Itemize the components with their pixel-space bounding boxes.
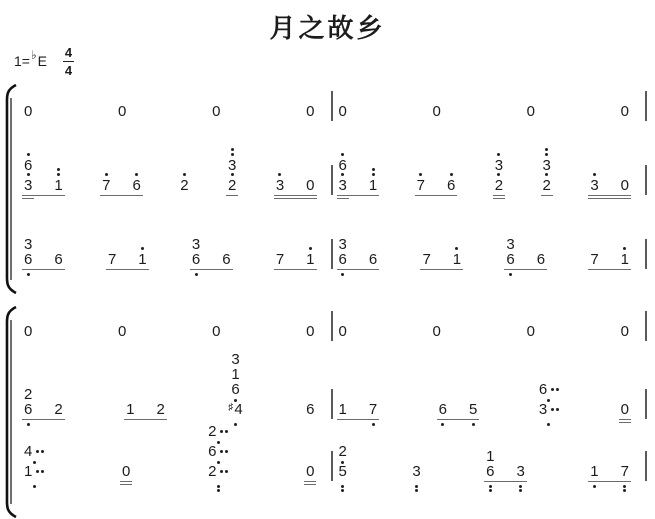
octave-dot — [489, 489, 492, 492]
note-digit: 5 — [469, 402, 477, 417]
digit-row: 0 — [306, 464, 314, 479]
note-digit: 2 — [180, 178, 188, 193]
octave-dots-above — [278, 173, 281, 176]
staff-line: 36671366713667136671 — [18, 220, 647, 282]
digit-row: 6 — [539, 382, 559, 397]
measure: 25316317 — [333, 444, 646, 494]
octave-dot — [41, 450, 44, 453]
octave-dots-above — [450, 173, 453, 176]
measure: 4102620 — [18, 424, 331, 494]
staff-line: 00000000 — [18, 88, 647, 134]
rest: 0 — [118, 324, 126, 354]
underline — [493, 198, 505, 200]
measure: 3667136671 — [333, 237, 646, 282]
digit-row: 1 — [126, 402, 134, 417]
beam-group: 366 — [192, 237, 231, 282]
octave-dots-above — [231, 148, 234, 156]
beam-group: 366 — [506, 237, 545, 282]
staff-line: 00000000 — [18, 308, 647, 354]
chord: 36 — [192, 237, 200, 282]
song-title: 月之故乡 — [0, 16, 655, 42]
octave-dot — [225, 430, 228, 433]
note-digit: 6 — [369, 252, 377, 267]
beam-group: 631 — [339, 153, 378, 208]
duration-dots — [551, 388, 559, 391]
digit-row: 3 — [192, 237, 200, 252]
note-digit: 3 — [412, 464, 420, 479]
digit-row: 6 — [208, 444, 228, 459]
underline — [22, 269, 65, 271]
digit-row: 6 — [132, 178, 140, 193]
note-digit: 3 — [495, 158, 503, 173]
rest-digit: 0 — [621, 324, 629, 339]
note-digit: 1 — [231, 367, 239, 382]
barline — [645, 165, 647, 195]
digit-row: 1 — [590, 464, 598, 479]
digit-row: 0 — [621, 324, 629, 339]
barline — [645, 389, 647, 419]
octave-dot — [509, 273, 512, 276]
digit-row: 0 — [24, 104, 32, 119]
note-digit: 3 — [24, 178, 32, 193]
underline — [504, 269, 547, 271]
digit-row: 3 — [339, 237, 347, 252]
digit-row: 3 — [543, 158, 551, 173]
octave-dot — [41, 470, 44, 473]
rest: 0 — [24, 104, 32, 134]
digit-row: 0 — [24, 324, 32, 339]
octave-dots-above — [309, 247, 312, 250]
octave-dots-below — [433, 119, 441, 134]
note: 6 — [447, 173, 455, 208]
digit-row: 1 — [339, 402, 347, 417]
underline — [304, 484, 316, 486]
octave-dots-below — [527, 119, 535, 134]
note-digit: 4 — [234, 402, 242, 417]
digit-row: 7 — [276, 252, 284, 267]
note-digit: 6 — [339, 252, 347, 267]
beam-group: 71 — [276, 247, 315, 282]
note-digit: 1 — [453, 252, 461, 267]
digit-row: 3 — [24, 237, 32, 252]
measure: 26212316♯46 — [18, 352, 331, 432]
note-digit: 1 — [126, 402, 134, 417]
digit-row: 0 — [621, 178, 629, 193]
octave-dot — [455, 247, 458, 250]
octave-dot — [36, 450, 39, 453]
rest-digit: 0 — [433, 104, 441, 119]
underline — [337, 269, 380, 271]
digit-row: 6 — [24, 402, 32, 417]
beam-group: 163 — [486, 449, 525, 494]
note: 7 — [621, 464, 629, 494]
sheet-music-page: 月之故乡 1=♭E 4 4 00000000631762323063176323… — [0, 0, 655, 519]
rest-digit: 0 — [118, 104, 126, 119]
note: 6 — [439, 402, 447, 432]
chord: 16 — [486, 449, 494, 494]
rest: 0 — [527, 324, 535, 354]
measure: 0000 — [333, 324, 646, 354]
digit-row: 0 — [306, 324, 314, 339]
digit-row: 0 — [527, 104, 535, 119]
digit-row: 2 — [228, 178, 236, 193]
underline — [541, 195, 553, 197]
rest-digit: 0 — [339, 104, 347, 119]
octave-dots-above — [183, 173, 186, 176]
octave-dot — [372, 168, 375, 171]
digit-row: 2 — [495, 178, 503, 193]
rest-digit: 0 — [339, 324, 347, 339]
digit-row: 3 — [412, 464, 420, 479]
digit-row: 0 — [433, 324, 441, 339]
underline — [619, 419, 631, 421]
rest: 0 — [306, 104, 314, 134]
octave-dot — [341, 173, 344, 176]
digit-row: 3 — [539, 402, 559, 417]
measure: 1765630 — [333, 382, 646, 432]
measure: 0000 — [333, 104, 646, 134]
octave-dots-below — [621, 119, 629, 134]
octave-dot — [231, 148, 234, 151]
octave-dots-above — [135, 173, 138, 176]
note: 6 — [369, 252, 377, 282]
note-digit: 3 — [228, 158, 236, 173]
note-digit: 2 — [228, 178, 236, 193]
underline — [588, 195, 631, 197]
note-digit: 6 — [447, 178, 455, 193]
octave-dots-above — [419, 173, 422, 176]
note: 1 — [138, 247, 146, 282]
rest-digit: 0 — [122, 464, 130, 479]
note-digit: 6 — [24, 402, 32, 417]
digit-row: 2 — [24, 387, 32, 402]
note-digit: 7 — [102, 178, 110, 193]
rest-digit: 0 — [621, 178, 629, 193]
digit-row: 1 — [306, 252, 314, 267]
note-digit: 6 — [306, 402, 314, 417]
octave-dot — [278, 173, 281, 176]
digit-row: 0 — [306, 178, 314, 193]
digit-row: 7 — [102, 178, 110, 193]
note-digit: 2 — [208, 424, 216, 439]
time-denominator: 4 — [65, 64, 72, 77]
note: 3 — [590, 173, 598, 208]
digit-row: 0 — [621, 104, 629, 119]
duration-dots — [220, 470, 228, 473]
beam-group: 71 — [108, 247, 147, 282]
octave-dot — [593, 173, 596, 176]
note: 7 — [417, 173, 425, 208]
note-digit: 1 — [24, 464, 32, 479]
octave-dots-above — [231, 173, 234, 176]
digit-row: 6 — [447, 178, 455, 193]
note-digit: 1 — [369, 178, 377, 193]
octave-dot — [220, 470, 223, 473]
note-digit: 6 — [339, 158, 347, 173]
note-digit: 7 — [621, 464, 629, 479]
rest: 0 — [212, 324, 220, 354]
note: 3 — [276, 173, 284, 208]
octave-dots-above — [497, 153, 500, 156]
underline — [22, 198, 34, 200]
note-digit: 1 — [306, 252, 314, 267]
octave-dots-below — [339, 119, 347, 134]
staff-line: 631762323063176323230 — [18, 136, 647, 208]
note-digit: 7 — [369, 402, 377, 417]
octave-dot — [497, 173, 500, 176]
octave-dot — [27, 153, 30, 156]
digit-row: 6 — [231, 382, 239, 397]
digit-row: 1 — [369, 178, 377, 193]
digit-row: 7 — [369, 402, 377, 417]
octave-dot — [623, 489, 626, 492]
octave-dot — [231, 173, 234, 176]
chord: 32 — [543, 148, 551, 208]
octave-dot — [545, 148, 548, 151]
key-prefix: 1= — [14, 54, 30, 68]
rest-digit: 0 — [118, 324, 126, 339]
digit-row: 5 — [469, 402, 477, 417]
octave-dot — [27, 273, 30, 276]
note: 1 — [54, 168, 62, 208]
note-digit: 1 — [590, 464, 598, 479]
duration-dots — [36, 450, 44, 453]
octave-dot — [341, 273, 344, 276]
note-digit: 1 — [138, 252, 146, 267]
rest: 0 — [306, 324, 314, 354]
note: 7 — [369, 402, 377, 432]
octave-dot — [519, 489, 522, 492]
beam-group: 366 — [24, 237, 63, 282]
rest: 0 — [339, 324, 347, 354]
note-digit: 6 — [24, 252, 32, 267]
underline — [484, 481, 527, 483]
chord: 36 — [339, 237, 347, 282]
note-digit: 6 — [439, 402, 447, 417]
underline — [190, 269, 233, 271]
fraction-bar — [63, 61, 74, 63]
digit-row: 4 — [24, 444, 44, 459]
octave-dots-above — [455, 247, 458, 250]
underline — [22, 419, 65, 421]
octave-dot — [341, 153, 344, 156]
octave-dot — [419, 173, 422, 176]
beam-group: 65 — [439, 402, 478, 432]
octave-dot — [231, 153, 234, 156]
rest-digit: 0 — [24, 104, 32, 119]
octave-dot — [195, 273, 198, 276]
note: 3 — [516, 464, 524, 494]
underline — [120, 484, 132, 486]
digit-row: 2 — [208, 424, 228, 439]
digit-row: 0 — [339, 104, 347, 119]
octave-dot — [545, 153, 548, 156]
note: 1 — [339, 402, 347, 432]
rest-digit: 0 — [212, 324, 220, 339]
note: 6 — [222, 252, 230, 282]
octave-dots-below — [24, 479, 44, 494]
octave-dot — [623, 485, 626, 488]
octave-dot — [415, 489, 418, 492]
octave-dots-above — [57, 168, 60, 176]
note-digit: 6 — [537, 252, 545, 267]
digit-row: 5 — [339, 464, 347, 479]
rest: 0 — [212, 104, 220, 134]
note-digit: 1 — [339, 402, 347, 417]
octave-dot — [36, 470, 39, 473]
octave-dot — [372, 173, 375, 176]
note-digit: 7 — [108, 252, 116, 267]
note-digit: 2 — [495, 178, 503, 193]
note-digit: 3 — [276, 178, 284, 193]
note-digit: 7 — [276, 252, 284, 267]
note-digit: 7 — [417, 178, 425, 193]
time-numerator: 4 — [65, 46, 72, 59]
digit-row: 3 — [231, 352, 239, 367]
octave-dots-below — [212, 119, 220, 134]
digit-row: 2 — [180, 178, 188, 193]
sharp-accidental-icon: ♯ — [228, 403, 233, 413]
note-digit: 6 — [208, 444, 216, 459]
octave-dots-below — [433, 339, 441, 354]
chord: 262 — [208, 424, 228, 494]
digit-row: 6 — [506, 252, 514, 267]
rest: 0 — [621, 178, 629, 208]
octave-dots-below — [621, 339, 629, 354]
beam-group: 76 — [102, 173, 141, 208]
note: 6 — [132, 173, 140, 208]
note-digit: 6 — [506, 252, 514, 267]
note-digit: 6 — [132, 178, 140, 193]
note-digit: 6 — [192, 252, 200, 267]
octave-dots-above — [372, 168, 375, 176]
digit-row: 3 — [506, 237, 514, 252]
octave-dot — [27, 173, 30, 176]
octave-dot — [472, 423, 475, 426]
note-digit: 2 — [208, 464, 216, 479]
digit-row: 7 — [417, 178, 425, 193]
rest-digit: 0 — [306, 104, 314, 119]
octave-dot — [547, 423, 550, 426]
digit-row: 0 — [306, 104, 314, 119]
octave-dots-above — [27, 173, 30, 176]
octave-dot — [519, 485, 522, 488]
octave-dots-below — [539, 417, 559, 432]
barline — [645, 311, 647, 341]
note: 6 — [54, 252, 62, 282]
digit-row: 6 — [24, 252, 32, 267]
octave-dots-below — [208, 479, 228, 494]
rest-digit: 0 — [621, 402, 629, 417]
octave-dots-above — [623, 247, 626, 250]
digit-row: 6 — [339, 158, 347, 173]
digit-row: 1 — [54, 178, 62, 193]
barline — [645, 91, 647, 121]
underline — [337, 195, 380, 197]
octave-dot — [497, 153, 500, 156]
underline — [304, 481, 316, 483]
note: 3 — [412, 464, 420, 494]
key-letter: E — [38, 54, 47, 68]
underline — [337, 198, 349, 200]
beam-group: 30 — [276, 173, 315, 208]
digit-row: 1 — [621, 252, 629, 267]
octave-dot — [220, 430, 223, 433]
underline — [274, 198, 317, 200]
digit-row: 1 — [138, 252, 146, 267]
octave-dot — [551, 388, 554, 391]
note-digit: 7 — [590, 252, 598, 267]
rest: 0 — [306, 464, 314, 494]
underline — [588, 269, 631, 271]
note: 1 — [306, 247, 314, 282]
digit-row: 3 — [24, 178, 32, 193]
note: 7 — [590, 252, 598, 282]
staff-line: 26212316♯461765630 — [18, 358, 647, 432]
octave-dots-above — [27, 153, 30, 156]
underline — [124, 419, 167, 421]
digit-row: 0 — [212, 104, 220, 119]
underline — [493, 195, 505, 197]
note: 7 — [422, 252, 430, 282]
underline — [106, 269, 149, 271]
digit-row: ♯4 — [228, 402, 242, 417]
note: 5 — [469, 402, 477, 432]
digit-row: 1 — [486, 449, 494, 464]
note-digit: 3 — [192, 237, 200, 252]
underline — [588, 481, 631, 483]
note-digit: 3 — [590, 178, 598, 193]
underline — [274, 195, 317, 197]
digit-row: 0 — [122, 464, 130, 479]
digit-row: 6 — [306, 402, 314, 417]
digit-row: 3 — [516, 464, 524, 479]
digit-row: 3 — [276, 178, 284, 193]
duration-dots — [220, 430, 228, 433]
underline — [420, 269, 463, 271]
octave-dots-above — [593, 173, 596, 176]
rest-digit: 0 — [306, 324, 314, 339]
system-bracket — [0, 84, 20, 294]
beam-group: 17 — [339, 402, 378, 432]
rest-digit: 0 — [527, 104, 535, 119]
rest: 0 — [24, 324, 32, 354]
octave-dot — [489, 485, 492, 488]
octave-dot — [450, 173, 453, 176]
measure: 6317623230 — [18, 148, 331, 208]
digit-row: 7 — [422, 252, 430, 267]
chord: 316♯4 — [228, 352, 242, 432]
time-signature: 4 4 — [63, 46, 74, 77]
note-digit: 4 — [24, 444, 32, 459]
digit-row: 6 — [192, 252, 200, 267]
rest-digit: 0 — [306, 178, 314, 193]
digit-row: 3 — [228, 158, 236, 173]
octave-dots-below — [339, 339, 347, 354]
rest-digit: 0 — [527, 324, 535, 339]
note: 2 — [180, 173, 188, 208]
measure: 0000 — [18, 104, 331, 134]
digit-row: 2 — [208, 464, 228, 479]
beam-group: 17 — [590, 464, 629, 494]
octave-dot — [441, 423, 444, 426]
note-digit: 6 — [54, 252, 62, 267]
underline — [120, 481, 132, 483]
octave-dot — [593, 485, 596, 488]
duration-dots — [36, 470, 44, 473]
digit-row: 1 — [24, 464, 44, 479]
note: 1 — [453, 247, 461, 282]
